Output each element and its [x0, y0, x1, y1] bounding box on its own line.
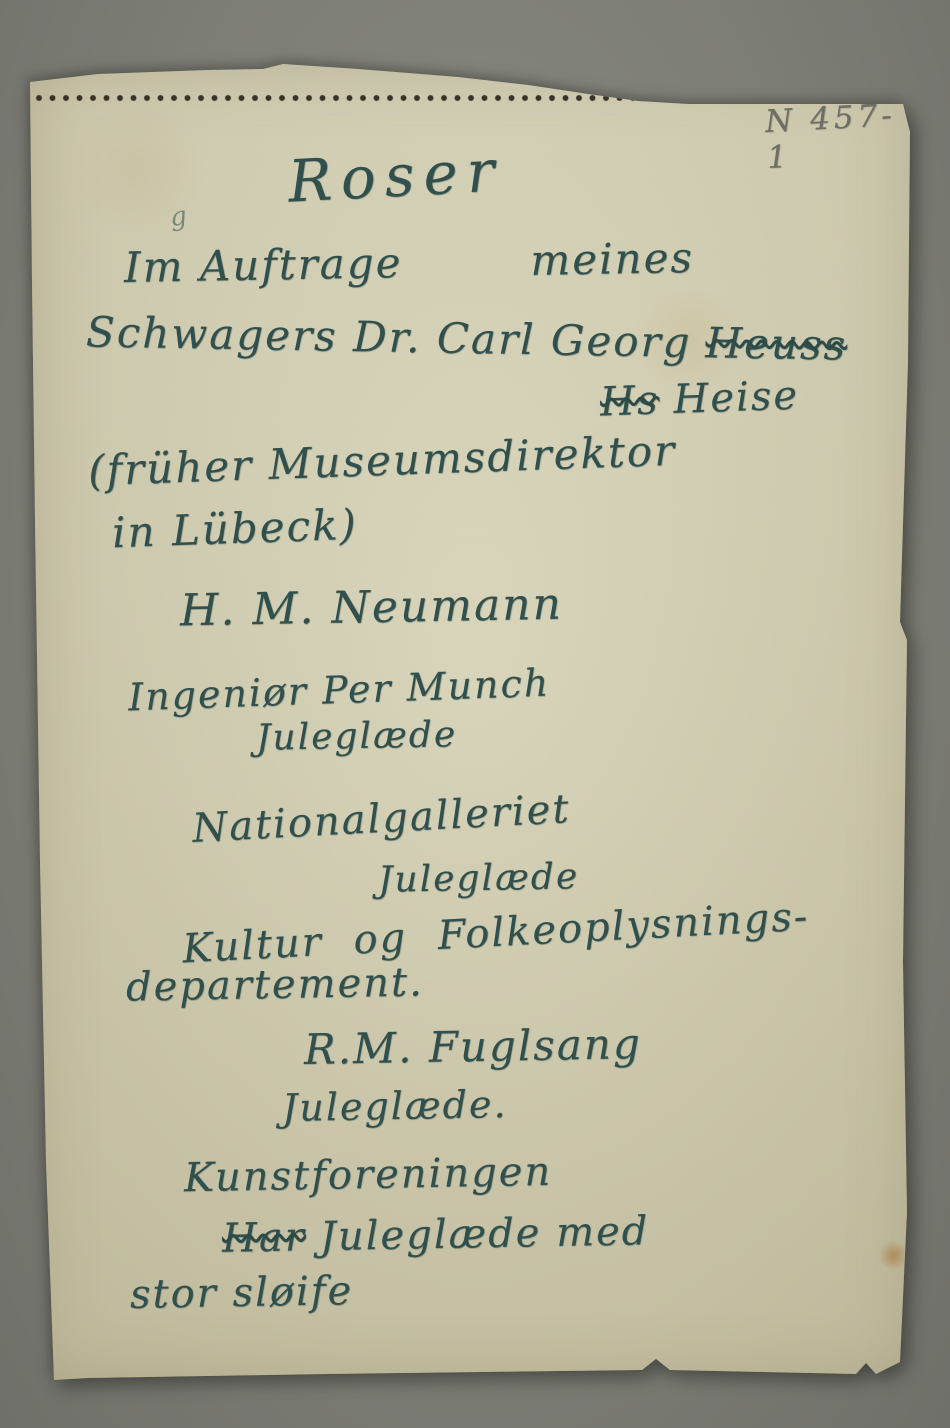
line-text: Heise [673, 373, 800, 423]
struck-word: Heuss [705, 318, 847, 369]
line-departement: departement. [126, 959, 425, 1010]
line-heise-corrected: HsHeise [599, 373, 799, 426]
line-neumann: H. M. Neumann [180, 579, 564, 637]
paper-shadow: N 457-1 g Roser Im Auftragemeines Schwag… [0, 0, 950, 1428]
line-fuglsang: R.M. Fuglsang [304, 1019, 643, 1074]
notepaper: N 457-1 g Roser Im Auftragemeines Schwag… [28, 62, 920, 1388]
line-juleglaede-1: Juleglæde [256, 714, 458, 759]
line-nationalgalleriet: Nationalgalleriet [191, 786, 571, 852]
line-juleglaede-3: Juleglæde. [282, 1082, 508, 1130]
note-title: Roser [286, 136, 505, 215]
line-im-auftrage: Im Auftragemeines [124, 233, 695, 292]
perforation-holes [34, 92, 902, 104]
line-juleglaede-2: Juleglæde [378, 856, 580, 901]
struck-word: Har [222, 1214, 307, 1261]
line-ingenioer-per-munch: Ingeniør Per Munch [127, 661, 551, 720]
line-kultur-og-folkeoplysnings: Kultur og Folkeoplysnings- [181, 894, 810, 973]
line-text: Schwagers Dr. Carl Georg [86, 307, 692, 367]
line-text: Juleglæde med [319, 1208, 649, 1260]
photograph: N 457-1 g Roser Im Auftragemeines Schwag… [0, 0, 950, 1428]
line-schwagers: Schwagers Dr. Carl GeorgHeuss [86, 307, 848, 369]
struck-word: Hs [599, 377, 660, 425]
line-frueher-museumsdirektor: (früher Museumsdirektor [87, 426, 677, 495]
line-text: Im Auftrage [124, 238, 403, 292]
line-har-juleglaede-med: HarJuleglæde med [222, 1208, 650, 1261]
stray-ink-mark: g [168, 201, 189, 233]
line-stor-sloeife: stor sløife [130, 1268, 354, 1318]
line-in-luebeck: in Lübeck) [111, 500, 358, 558]
archival-number: N 457-1 [764, 96, 922, 176]
line-text: meines [530, 233, 694, 285]
line-kunstforeningen: Kunstforeningen [184, 1149, 553, 1201]
